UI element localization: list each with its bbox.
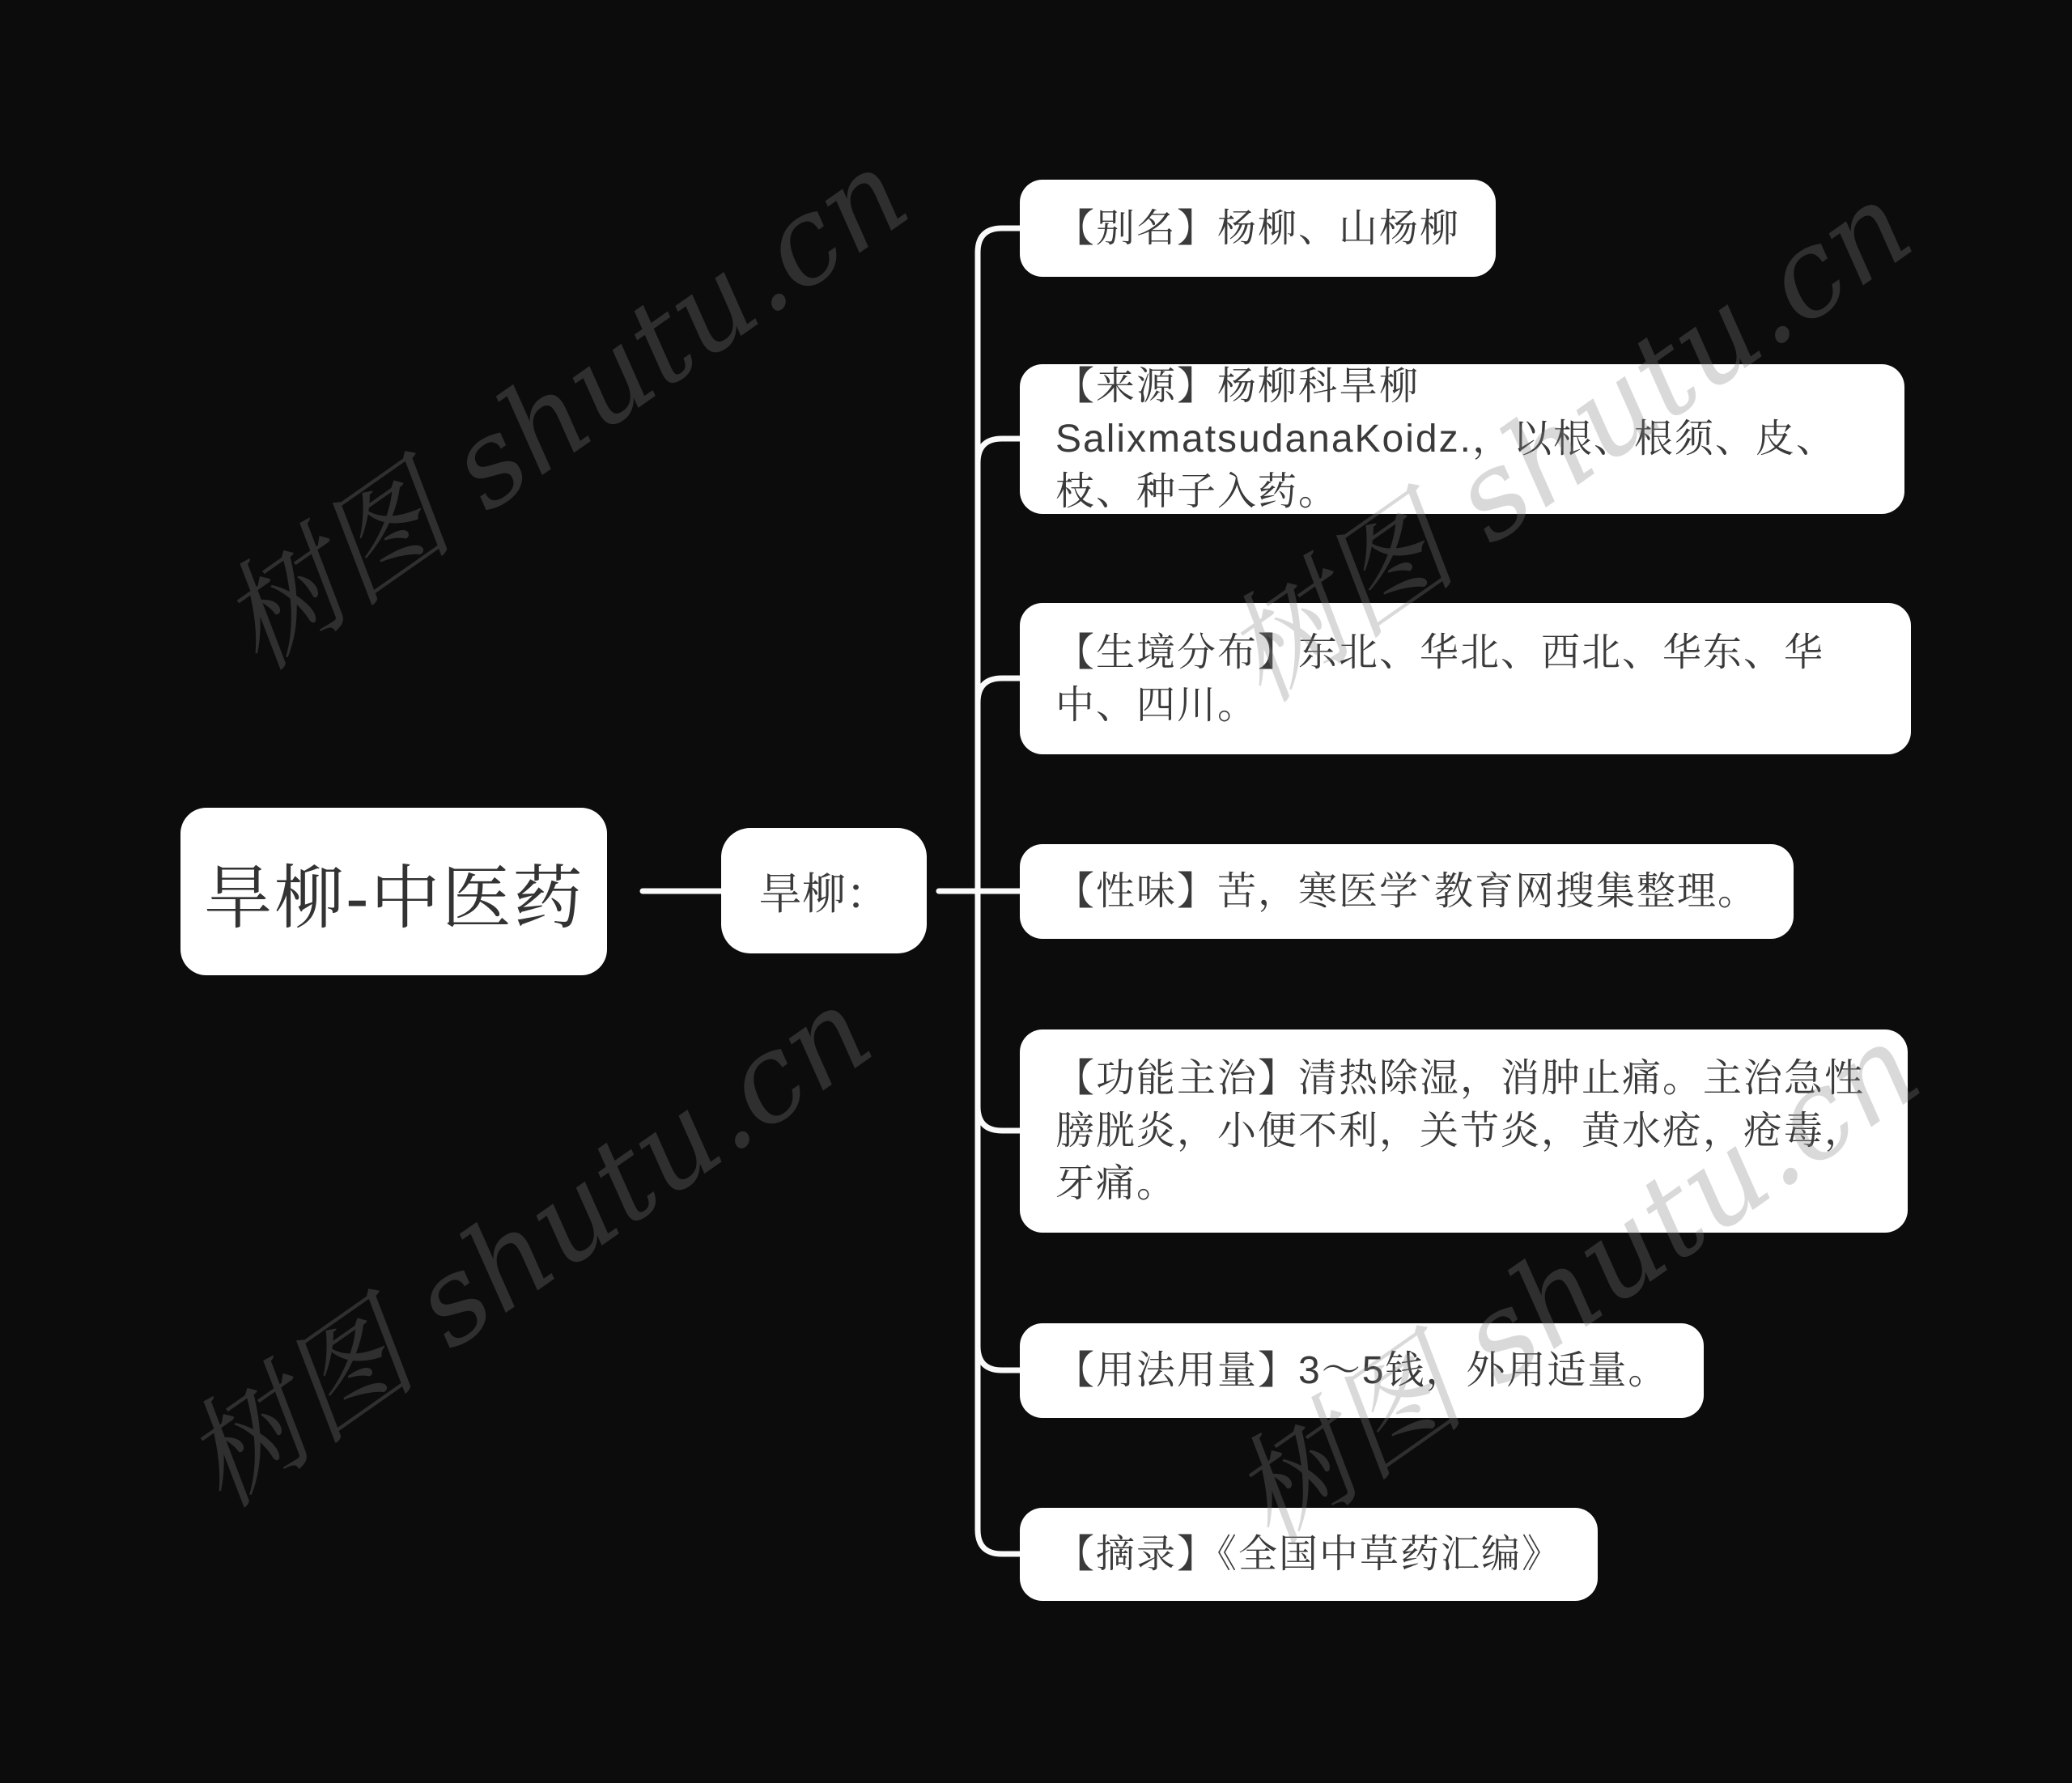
branch-node-yongfa-yongliang[interactable]: 【用法用量】3～5钱，外用适量。 <box>1020 1323 1704 1418</box>
branch-node-xingwei[interactable]: 【性味】苦，寒医学`教育网搜集整理。 <box>1020 844 1794 939</box>
connector-branch-gongneng <box>978 891 1020 1131</box>
branch-node-shengjing-fenbu[interactable]: 【生境分布】东北、华北、西北、华东、华中、四川。 <box>1020 603 1911 754</box>
connector-branch-zhailu <box>978 891 1020 1554</box>
connector-branch-bieming <box>978 228 1020 891</box>
topic-node-hanliu[interactable]: 旱柳： <box>721 828 927 953</box>
root-node[interactable]: 旱柳-中医药 <box>180 808 607 975</box>
branch-node-laiyuan[interactable]: 【来源】杨柳科旱柳SalixmatsudanaKoidz.，以根、根须、皮、枝、… <box>1020 364 1904 514</box>
branch-node-gongneng-zhuzhi[interactable]: 【功能主治】清热除湿，消肿止痛。主治急性膀胱炎，小便不利，关节炎，黄水疮，疮毒，… <box>1020 1029 1908 1233</box>
connector-branch-shengjing <box>978 678 1020 891</box>
connector-branch-laiyuan <box>978 439 1020 891</box>
branch-node-zhailu[interactable]: 【摘录】《全国中草药汇编》 <box>1020 1508 1598 1601</box>
mindmap-canvas: 旱柳-中医药 旱柳： 【别名】杨柳、山杨柳 【来源】杨柳科旱柳Salixmats… <box>0 0 2072 1783</box>
branch-node-bieming[interactable]: 【别名】杨柳、山杨柳 <box>1020 180 1496 277</box>
